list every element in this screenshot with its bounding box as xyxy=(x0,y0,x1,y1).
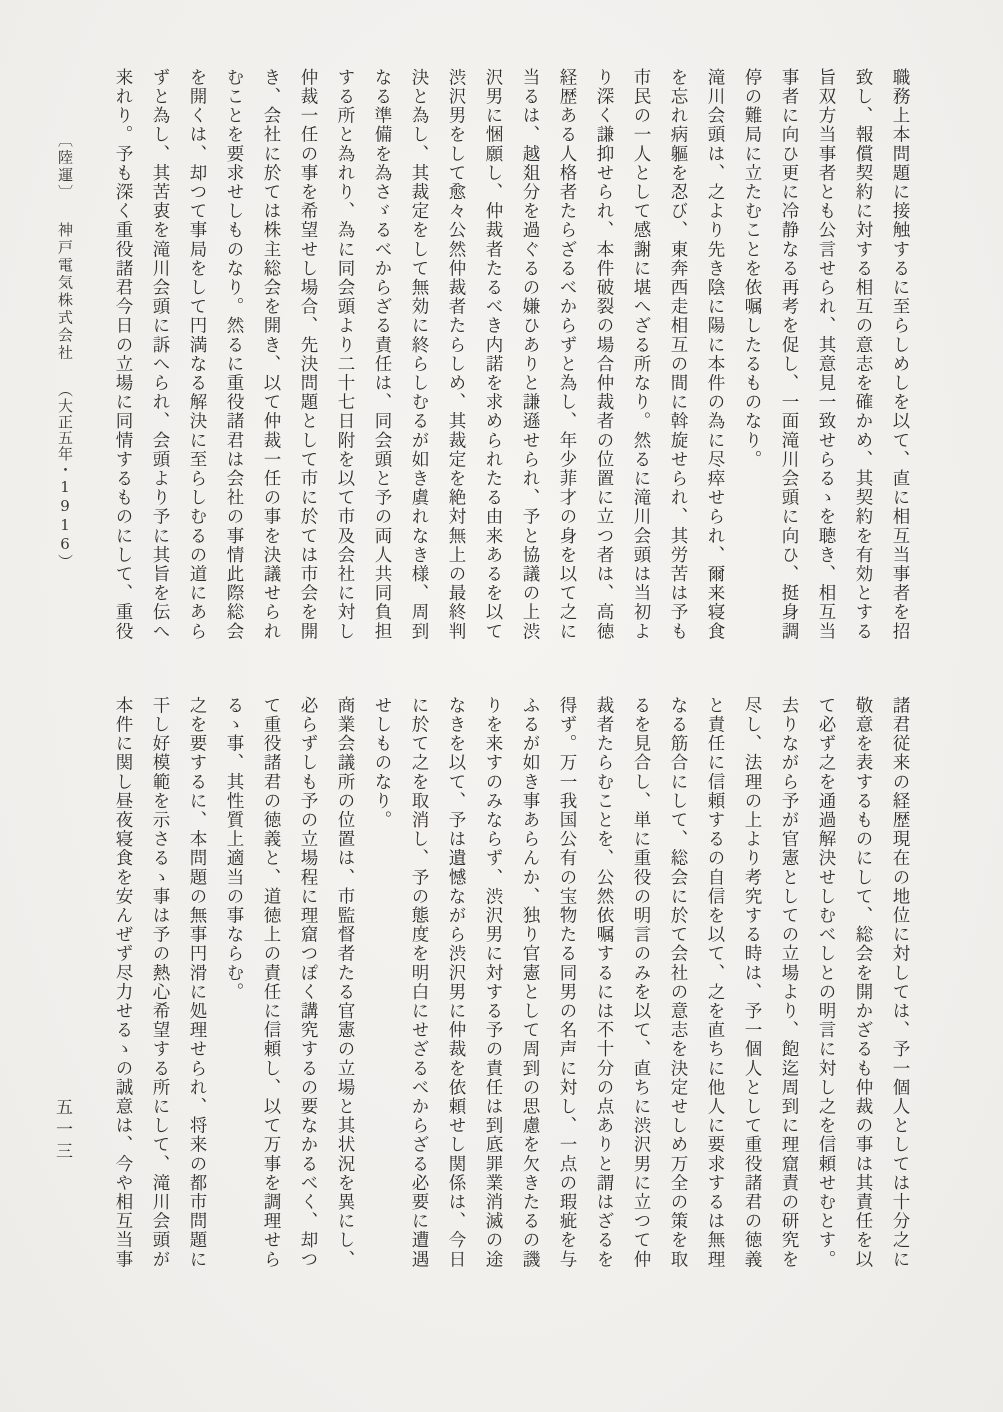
text-column: 致し、報償契約に対する相互の意志を確かめ、其契約を有効とする xyxy=(844,68,881,660)
text-column: 滝川会頭は、之より先き陰に陽に本件の為に尽瘁せられ、爾来寝食 xyxy=(696,68,733,660)
text-column: 裁者たらむことを、公然依嘱するには不十分の点ありと謂はざるを xyxy=(585,696,622,1288)
text-column: なる準備を為さゞるべからざる責任は、同会頭と予の両人共同負担 xyxy=(363,68,400,660)
text-column: と責任に信頼するの自信を以て、之を直ちに他人に要求するは無理 xyxy=(696,696,733,1288)
text-column: て必ず之を通過解決せしむべしとの明言に対し之を信頼せむとす。 xyxy=(807,696,844,1288)
text-column: 得ず。万一我国公有の宝物たる同男の名声に対し、一点の瑕疵を与 xyxy=(548,696,585,1288)
text-column: 商業会議所の位置は、市監督者たる官憲の立場と其状況を異にし、 xyxy=(326,696,363,1288)
text-column: 沢男に悃願し、仲裁者たるべき内諾を求められたる由来あるを以て xyxy=(474,68,511,660)
text-column: 決と為し、其裁定をして無効に終らしむるが如き虞れなき様、周到 xyxy=(400,68,437,660)
text-column: 敬意を表するものにして、総会を開かざるも仲裁の事は其責任を以 xyxy=(844,696,881,1288)
text-column: 本件に関し昼夜寝食を安んぜず尽力せるゝの誠意は、今や相互当事 xyxy=(104,696,141,1288)
text-column: を開くは、却つて事局をして円満なる解決に至らしむるの道にあら xyxy=(178,68,215,660)
text-column: ふるが如き事あらんか、独り官憲として周到の思慮を欠きたるの譏 xyxy=(511,696,548,1288)
text-column: き、会社に於ては株主総会を開き、以て仲裁一任の事を決議せられ xyxy=(252,68,289,660)
text-column: を忘れ病軀を忍び、東奔西走相互の間に斡旋せられ、其労苦は予も xyxy=(659,68,696,660)
text-column: 尽し、法理の上より考究する時は、予一個人として重役諸君の徳義 xyxy=(733,696,770,1288)
bottom-text-block: 諸君従来の経歴現在の地位に対しては、予一個人としては十分之に敬意を表するものにし… xyxy=(104,696,918,1288)
text-column: なる筋合にして、総会に於て会社の意志を決定せしめ万全の策を取 xyxy=(659,696,696,1288)
text-column: 市民の一人として感謝に堪へざる所なり。然るに滝川会頭は当初よ xyxy=(622,68,659,660)
text-column: 旨双方当事者とも公言せられ、其意見一致せらるゝを聴き、相互当 xyxy=(807,68,844,660)
text-column: 仲裁一任の事を希望せし場合、先決問題として市に於ては市会を開 xyxy=(289,68,326,660)
text-column: ずと為し、其苦衷を滝川会頭に訴へられ、会頭より予に其旨を伝へ xyxy=(141,68,178,660)
text-column: 之を要するに、本問題の無事円滑に処理せられ、将来の都市問題に xyxy=(178,696,215,1288)
top-text-block: 職務上本問題に接触するに至らしめしを以て、直に相互当事者を招致し、報償契約に対す… xyxy=(104,68,918,660)
text-column: 事者に向ひ更に冷静なる再考を促し、一面滝川会頭に向ひ、挺身調 xyxy=(770,68,807,660)
text-column: 諸君従来の経歴現在の地位に対しては、予一個人としては十分之に xyxy=(881,696,918,1288)
text-column: 干し好模範を示さるゝ事は予の熱心希望する所にして、滝川会頭が xyxy=(141,696,178,1288)
text-column: せしものなり。 xyxy=(363,696,400,1288)
text-column: 経歴ある人格者たらざるべからずと為し、年少菲才の身を以て之に xyxy=(548,68,585,660)
page-number: 五一三 xyxy=(50,1098,75,1164)
text-column: り深く謙抑せられ、本件破裂の場合仲裁者の位置に立つ者は、高徳 xyxy=(585,68,622,660)
text-column: 渋沢男をして愈々公然仲裁者たらしめ、其裁定を絶対無上の最終判 xyxy=(437,68,474,660)
text-column: 必らずしも予の立場程に理窟つぽく講究するの要なかるべく、却つ xyxy=(289,696,326,1288)
text-column: 停の難局に立たむことを依嘱したるものなり。 xyxy=(733,68,770,660)
year-label: （大正五年・1916） xyxy=(56,382,74,570)
document-page: 職務上本問題に接触するに至らしめしを以て、直に相互当事者を招致し、報償契約に対す… xyxy=(0,0,1003,1412)
text-column: るを見合し、単に重役の明言のみを以て、直ちに渋沢男に立つて仲 xyxy=(622,696,659,1288)
text-column: 職務上本問題に接触するに至らしめしを以て、直に相互当事者を招 xyxy=(881,68,918,660)
category-label: 〔陸運〕 xyxy=(56,132,74,202)
text-column: むことを要求せしものなり。然るに重役諸君は会社の事情此際総会 xyxy=(215,68,252,660)
text-column: 去りながら予が官憲としての立場より、飽迄周到に理窟責の研究を xyxy=(770,696,807,1288)
margin-label: 〔陸運〕神戸電気株式会社（大正五年・1916） xyxy=(52,132,78,592)
text-column: 当るは、越爼分を過ぐるの嫌ひありと謙遜せられ、予と協議の上渋 xyxy=(511,68,548,660)
text-column: に於て之を取消し、予の態度を明白にせざるべからざる必要に遭遇 xyxy=(400,696,437,1288)
text-column: るゝ事、其性質上適当の事ならむ。 xyxy=(215,696,252,1288)
text-column: て重役諸君の徳義と、道徳上の責任に信頼し、以て万事を調理せら xyxy=(252,696,289,1288)
text-column: 来れり。予も深く重役諸君今日の立場に同情するものにして、重役 xyxy=(104,68,141,660)
company-name: 神戸電気株式会社 xyxy=(56,222,74,362)
text-column: なきを以て、予は遺憾ながら渋沢男に仲裁を依頼せし関係は、今日 xyxy=(437,696,474,1288)
text-column: りを来すのみならず、渋沢男に対する予の責任は到底罪業消滅の途 xyxy=(474,696,511,1288)
text-column: する所と為れり、為に同会頭より二十七日附を以て市及会社に対し xyxy=(326,68,363,660)
